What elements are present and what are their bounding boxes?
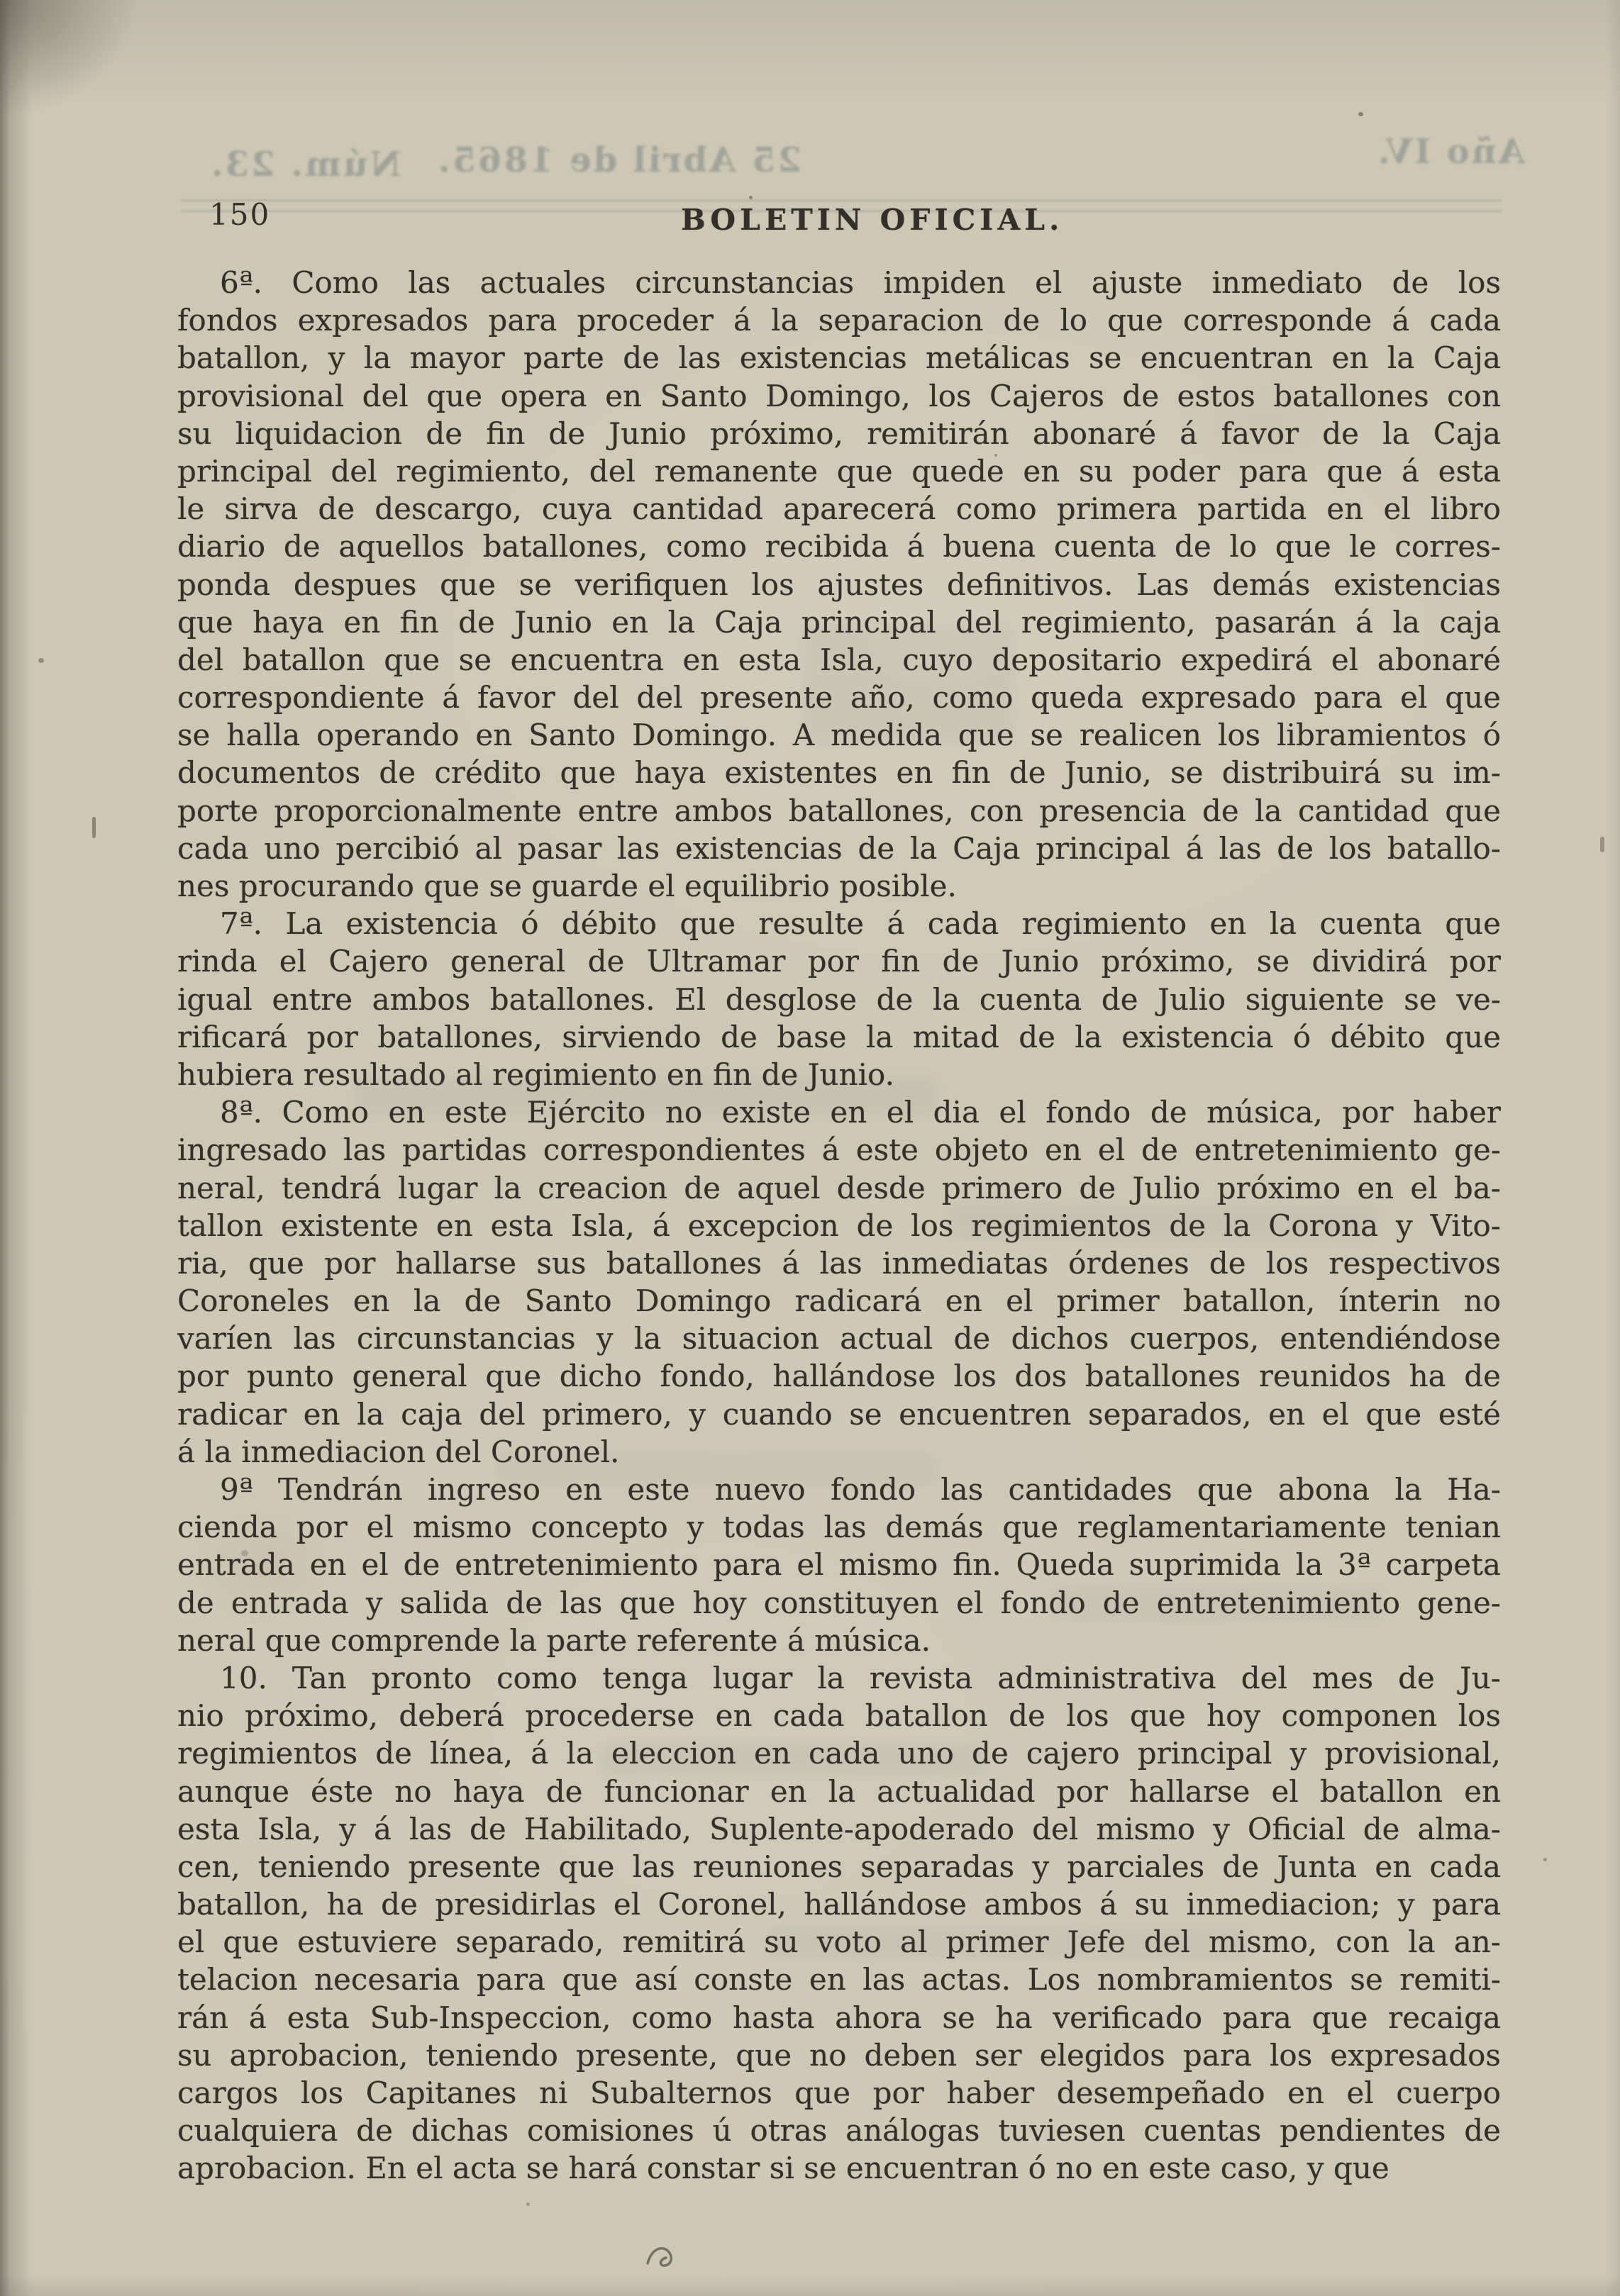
- text-line: igual entre ambos batallones. El desglos…: [177, 981, 1501, 1018]
- text-line: correspondiente á favor del del presente…: [177, 679, 1501, 716]
- bleed-through-date: 25 Abril de 1865.: [436, 140, 801, 180]
- text-line: regimientos de línea, á la eleccion en c…: [177, 1734, 1501, 1772]
- paragraph-7: 7ª. La existencia ó débito que resulte á…: [177, 905, 1501, 1093]
- text-line: fondos expresados para proceder á la sep…: [177, 301, 1501, 339]
- text-line: telacion necesaria para que así conste e…: [177, 1961, 1501, 1998]
- text-line: el que estuviere separado, remitirá su v…: [177, 1923, 1501, 1961]
- text-line: radicar en la caja del primero, y cuando…: [177, 1395, 1501, 1433]
- text-line: aprobacion. En el acta se hará constar s…: [177, 2149, 1501, 2187]
- paragraph-10: 10. Tan pronto como tenga lugar la revis…: [177, 1659, 1501, 2188]
- paragraph-8: 8ª. Como en este Ejército no existe en e…: [177, 1093, 1501, 1471]
- text-line: documentos de crédito que haya existente…: [177, 754, 1501, 791]
- scan-fleck: [38, 658, 44, 663]
- scan-fleck: [526, 2202, 530, 2206]
- text-line: 9ª Tendrán ingreso en este nuevo fondo l…: [177, 1471, 1501, 1508]
- page-header-title: BOLETIN OFICIAL.: [681, 203, 1063, 237]
- text-line: nes procurando que se guarde el equilibr…: [177, 867, 1501, 905]
- text-line: diario de aquellos batallones, como reci…: [177, 528, 1501, 565]
- scan-fleck: [749, 196, 753, 199]
- text-line: neral que comprende la parte referente á…: [177, 1622, 1501, 1659]
- text-line: su aprobacion, teniendo presente, que no…: [177, 2036, 1501, 2074]
- text-line: 10. Tan pronto como tenga lugar la revis…: [177, 1659, 1501, 1697]
- text-line: ria, que por hallarse sus batallones á l…: [177, 1244, 1501, 1282]
- text-line: cen, teniendo presente que las reuniones…: [177, 1848, 1501, 1885]
- text-line: tallon existente en esta Isla, á excepci…: [177, 1207, 1501, 1244]
- scan-fleck: [1600, 837, 1604, 852]
- text-line: rán á esta Sub-Inspeccion, como hasta ah…: [177, 1999, 1501, 2036]
- bleed-through-rule: [181, 199, 1502, 201]
- text-line: le sirva de descargo, cuya cantidad apar…: [177, 490, 1501, 528]
- text-line: por punto general que dicho fondo, hallá…: [177, 1357, 1501, 1395]
- scan-fleck: [241, 1550, 248, 1556]
- text-line: ponda despues que se verifiquen los ajus…: [177, 566, 1501, 603]
- paragraph-6: 6ª. Como las actuales circunstancias imp…: [177, 264, 1501, 905]
- text-line: batallon, y la mayor parte de las existe…: [177, 339, 1501, 377]
- text-line: principal del regimiento, del remanente …: [177, 452, 1501, 490]
- text-line: nio próximo, deberá procederse en cada b…: [177, 1697, 1501, 1734]
- scan-corner-shadow: [0, 0, 184, 156]
- scan-fleck: [1358, 112, 1363, 116]
- ink-smudge: [642, 2239, 693, 2275]
- text-line: á la inmediacion del Coronel.: [177, 1433, 1501, 1471]
- paragraph-9: 9ª Tendrán ingreso en este nuevo fondo l…: [177, 1471, 1501, 1659]
- text-line: neral, tendrá lugar la creacion de aquel…: [177, 1169, 1501, 1207]
- text-line: del batallon que se encuentra en esta Is…: [177, 641, 1501, 679]
- text-line: cualquiera de dichas comisiones ú otras …: [177, 2112, 1501, 2149]
- text-line: entrada en el de entretenimiento para el…: [177, 1546, 1501, 1583]
- text-line: cienda por el mismo concepto y todas las…: [177, 1508, 1501, 1546]
- text-line: se halla operando en Santo Domingo. A me…: [177, 716, 1501, 754]
- page-number: 150: [209, 197, 270, 232]
- document-body: 6ª. Como las actuales circunstancias imp…: [177, 264, 1501, 2188]
- text-line: 8ª. Como en este Ejército no existe en e…: [177, 1093, 1501, 1131]
- text-line: Coroneles en la de Santo Domingo radicar…: [177, 1282, 1501, 1320]
- text-line: porte proporcionalmente entre ambos bata…: [177, 792, 1501, 830]
- bleed-through-issue-number: Núm. 23.: [209, 145, 401, 184]
- text-line: rinda el Cajero general de Ultramar por …: [177, 942, 1501, 980]
- text-line: esta Isla, y á las de Habilitado, Suplen…: [177, 1810, 1501, 1848]
- text-line: varíen las circunstancias y la situacion…: [177, 1320, 1501, 1357]
- text-line: cargos los Capitanes ni Subalternos que …: [177, 2074, 1501, 2112]
- text-line: provisional del que opera en Santo Domin…: [177, 377, 1501, 415]
- text-line: su liquidacion de fin de Junio próximo, …: [177, 415, 1501, 452]
- text-line: de entrada y salida de las que hoy const…: [177, 1584, 1501, 1622]
- scan-fleck: [994, 454, 997, 457]
- text-line: hubiera resultado al regimiento en fin d…: [177, 1056, 1501, 1093]
- text-line: 7ª. La existencia ó débito que resulte á…: [177, 905, 1501, 942]
- scan-fleck: [92, 817, 96, 838]
- text-line: 6ª. Como las actuales circunstancias imp…: [177, 264, 1501, 301]
- text-line: batallon, ha de presidirlas el Coronel, …: [177, 1885, 1501, 1923]
- text-line: que haya en fin de Junio en la Caja prin…: [177, 603, 1501, 641]
- text-line: rificará por batallones, sirviendo de ba…: [177, 1018, 1501, 1056]
- text-line: ingresado las partidas correspondientes …: [177, 1131, 1501, 1169]
- text-line: cada uno percibió al pasar las existenci…: [177, 830, 1501, 867]
- scan-fleck: [1543, 1858, 1547, 1861]
- bleed-through-year-label: Año IV.: [1376, 132, 1525, 172]
- text-line: aunque éste no haya de funcionar en la a…: [177, 1773, 1501, 1810]
